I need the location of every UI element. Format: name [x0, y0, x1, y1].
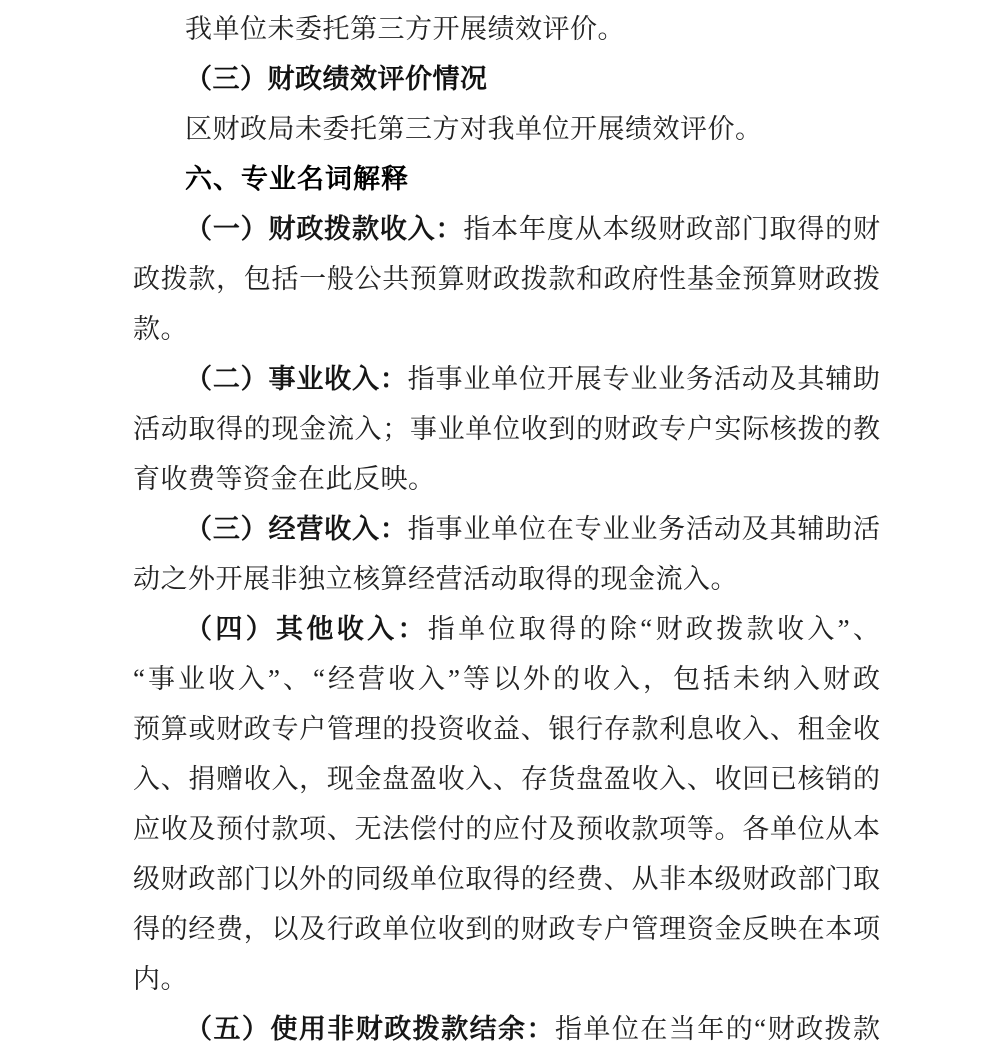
text-line: 政拨款，包括一般公共预算财政拨款和政府性基金预算财政拨 — [133, 254, 880, 304]
text-line: （四）其他收入：指单位取得的除“财政拨款收入”、 — [133, 604, 880, 654]
line-text: 指本年度从本级财政部门取得的财 — [463, 214, 880, 244]
text-line: 育收费等资金在此反映。 — [133, 454, 880, 504]
section-heading: （三）财政绩效评价情况 — [133, 54, 880, 104]
chapter-heading-text: 六、专业名词解释 — [185, 164, 409, 194]
term-label: （四）其他收入： — [185, 614, 428, 644]
text-line: 款。 — [133, 304, 880, 354]
text-line: （一）财政拨款收入：指本年度从本级财政部门取得的财 — [133, 204, 880, 254]
line-text: 政拨款，包括一般公共预算财政拨款和政府性基金预算财政拨 — [133, 264, 880, 294]
section-heading-text: （三）财政绩效评价情况 — [185, 64, 488, 94]
line-text: 预算或财政专户管理的投资收益、银行存款利息收入、租金收 — [133, 714, 880, 744]
line-text: 入、捐赠收入，现金盘盈收入、存货盘盈收入、收回已核销的 — [133, 764, 880, 794]
text-line: 内。 — [133, 954, 880, 1004]
line-text: 活动取得的现金流入；事业单位收到的财政专户实际核拨的教 — [133, 414, 880, 444]
text-line: 级财政部门以外的同级单位取得的经费、从非本级财政部门取 — [133, 854, 880, 904]
term-label: （三）经营收入： — [185, 514, 408, 544]
line-text: 我单位未委托第三方开展绩效评价。 — [185, 14, 625, 44]
text-line: 入、捐赠收入，现金盘盈收入、存货盘盈收入、收回已核销的 — [133, 754, 880, 804]
text-line: 预算或财政专户管理的投资收益、银行存款利息收入、租金收 — [133, 704, 880, 754]
document-text-block: 我单位未委托第三方开展绩效评价。 （三）财政绩效评价情况 区财政局未委托第三方对… — [133, 4, 880, 1054]
line-text: 指单位在当年的“财政拨款 — [555, 1014, 880, 1044]
term-label: （一）财政拨款收入： — [185, 214, 463, 244]
text-line: （三）经营收入：指事业单位在专业业务活动及其辅助活 — [133, 504, 880, 554]
line-text: 动之外开展非独立核算经营活动取得的现金流入。 — [133, 564, 738, 594]
text-line: （二）事业收入：指事业单位开展专业业务活动及其辅助 — [133, 354, 880, 404]
text-line: “事业收入”、“经营收入”等以外的收入，包括未纳入财政 — [133, 654, 880, 704]
term-label: （二）事业收入： — [185, 364, 408, 394]
line-text: 级财政部门以外的同级单位取得的经费、从非本级财政部门取 — [133, 864, 880, 894]
text-line: 活动取得的现金流入；事业单位收到的财政专户实际核拨的教 — [133, 404, 880, 454]
text-line: （五）使用非财政拨款结余：指单位在当年的“财政拨款 — [133, 1004, 880, 1054]
line-text: 育收费等资金在此反映。 — [133, 464, 436, 494]
line-text: 内。 — [133, 964, 188, 994]
term-label: （五）使用非财政拨款结余： — [185, 1014, 555, 1044]
document-page: 我单位未委托第三方开展绩效评价。 （三）财政绩效评价情况 区财政局未委托第三方对… — [0, 0, 1000, 1056]
line-text: 得的经费，以及行政单位收到的财政专户管理资金反映在本项 — [133, 914, 880, 944]
line-text: 款。 — [133, 314, 188, 344]
text-line: 动之外开展非独立核算经营活动取得的现金流入。 — [133, 554, 880, 604]
line-text: “事业收入”、“经营收入”等以外的收入，包括未纳入财政 — [133, 664, 880, 694]
text-line: 我单位未委托第三方开展绩效评价。 — [133, 4, 880, 54]
text-line: 应收及预付款项、无法偿付的应付及预收款项等。各单位从本 — [133, 804, 880, 854]
text-line: 区财政局未委托第三方对我单位开展绩效评价。 — [133, 104, 880, 154]
chapter-heading: 六、专业名词解释 — [133, 154, 880, 204]
line-text: 指单位取得的除“财政拨款收入”、 — [428, 614, 880, 644]
line-text: 应收及预付款项、无法偿付的应付及预收款项等。各单位从本 — [133, 814, 880, 844]
line-text: 区财政局未委托第三方对我单位开展绩效评价。 — [185, 114, 763, 144]
line-text: 指事业单位在专业业务活动及其辅助活 — [408, 514, 880, 544]
text-line: 得的经费，以及行政单位收到的财政专户管理资金反映在本项 — [133, 904, 880, 954]
line-text: 指事业单位开展专业业务活动及其辅助 — [408, 364, 880, 394]
